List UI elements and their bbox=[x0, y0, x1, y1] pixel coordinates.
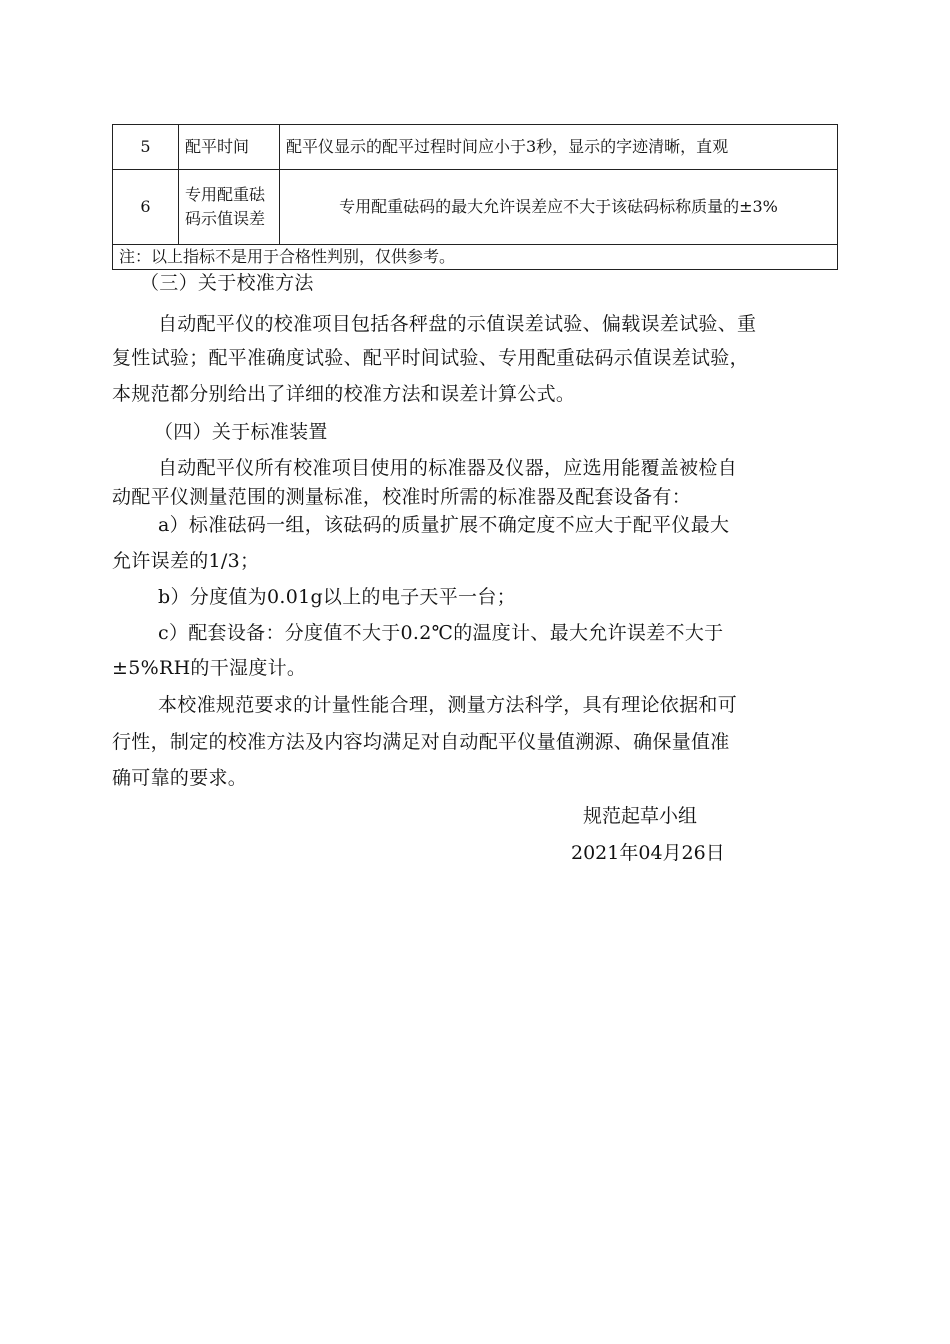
row-item: 专用配重砝码示值误差 bbox=[179, 170, 280, 245]
row-number: 5 bbox=[113, 125, 179, 170]
table-row: 5 配平时间 配平仪显示的配平过程时间应小于3秒，显示的字迹清晰，直观 bbox=[113, 125, 838, 170]
section-3-paragraph-line: 复性试验；配平准确度试验、配平时间试验、专用配重砝码示值误差试验， bbox=[112, 345, 838, 371]
row-number: 6 bbox=[113, 170, 179, 245]
section-3-heading: （三）关于校准方法 bbox=[112, 270, 866, 296]
item-b-line: b）分度值为0.01g以上的电子天平一台； bbox=[112, 584, 884, 610]
conclusion-line: 本校准规范要求的计量性能合理，测量方法科学，具有理论依据和可 bbox=[112, 692, 884, 718]
conclusion-line: 确可靠的要求。 bbox=[112, 765, 838, 791]
table-note: 注：以上指标不是用于合格性判别，仅供参考。 bbox=[113, 245, 838, 270]
table-note-row: 注：以上指标不是用于合格性判别，仅供参考。 bbox=[113, 245, 838, 270]
item-c-line: c）配套设备：分度值不大于0.2℃的温度计、最大允许误差不大于 bbox=[112, 620, 884, 646]
row-requirement: 配平仪显示的配平过程时间应小于3秒，显示的字迹清晰，直观 bbox=[280, 125, 838, 170]
signature-date: 2021年04月26日 bbox=[571, 840, 725, 866]
item-c-line: ±5%RH的干湿度计。 bbox=[112, 655, 838, 681]
document-page: 5 配平时间 配平仪显示的配平过程时间应小于3秒，显示的字迹清晰，直观 6 专用… bbox=[0, 0, 950, 1344]
item-a-line: a）标准砝码一组，该砝码的质量扩展不确定度不应大于配平仪最大 bbox=[112, 512, 884, 538]
row-item: 配平时间 bbox=[179, 125, 280, 170]
item-a-line: 允许误差的1/3； bbox=[112, 548, 838, 574]
conclusion-line: 行性，制定的校准方法及内容均满足对自动配平仪量值溯源、确保量值准 bbox=[112, 729, 838, 755]
section-3-paragraph-line: 本规范都分别给出了详细的校准方法和误差计算公式。 bbox=[112, 381, 838, 407]
row-requirement: 专用配重砝码的最大允许误差应不大于该砝码标称质量的±3% bbox=[280, 170, 838, 245]
section-4-paragraph-line: 自动配平仪所有校准项目使用的标准器及仪器，应选用能覆盖被检自 bbox=[112, 455, 884, 481]
table-row: 6 专用配重砝码示值误差 专用配重砝码的最大允许误差应不大于该砝码标称质量的±3… bbox=[113, 170, 838, 245]
signature-group: 规范起草小组 bbox=[583, 803, 697, 829]
specification-table: 5 配平时间 配平仪显示的配平过程时间应小于3秒，显示的字迹清晰，直观 6 专用… bbox=[112, 124, 838, 270]
section-4-paragraph-line: 动配平仪测量范围的测量标准，校准时所需的标准器及配套设备有： bbox=[112, 484, 838, 510]
section-4-heading: （四）关于标准装置 bbox=[112, 419, 880, 445]
section-3-paragraph-line: 自动配平仪的校准项目包括各秤盘的示值误差试验、偏载误差试验、重 bbox=[112, 311, 884, 337]
